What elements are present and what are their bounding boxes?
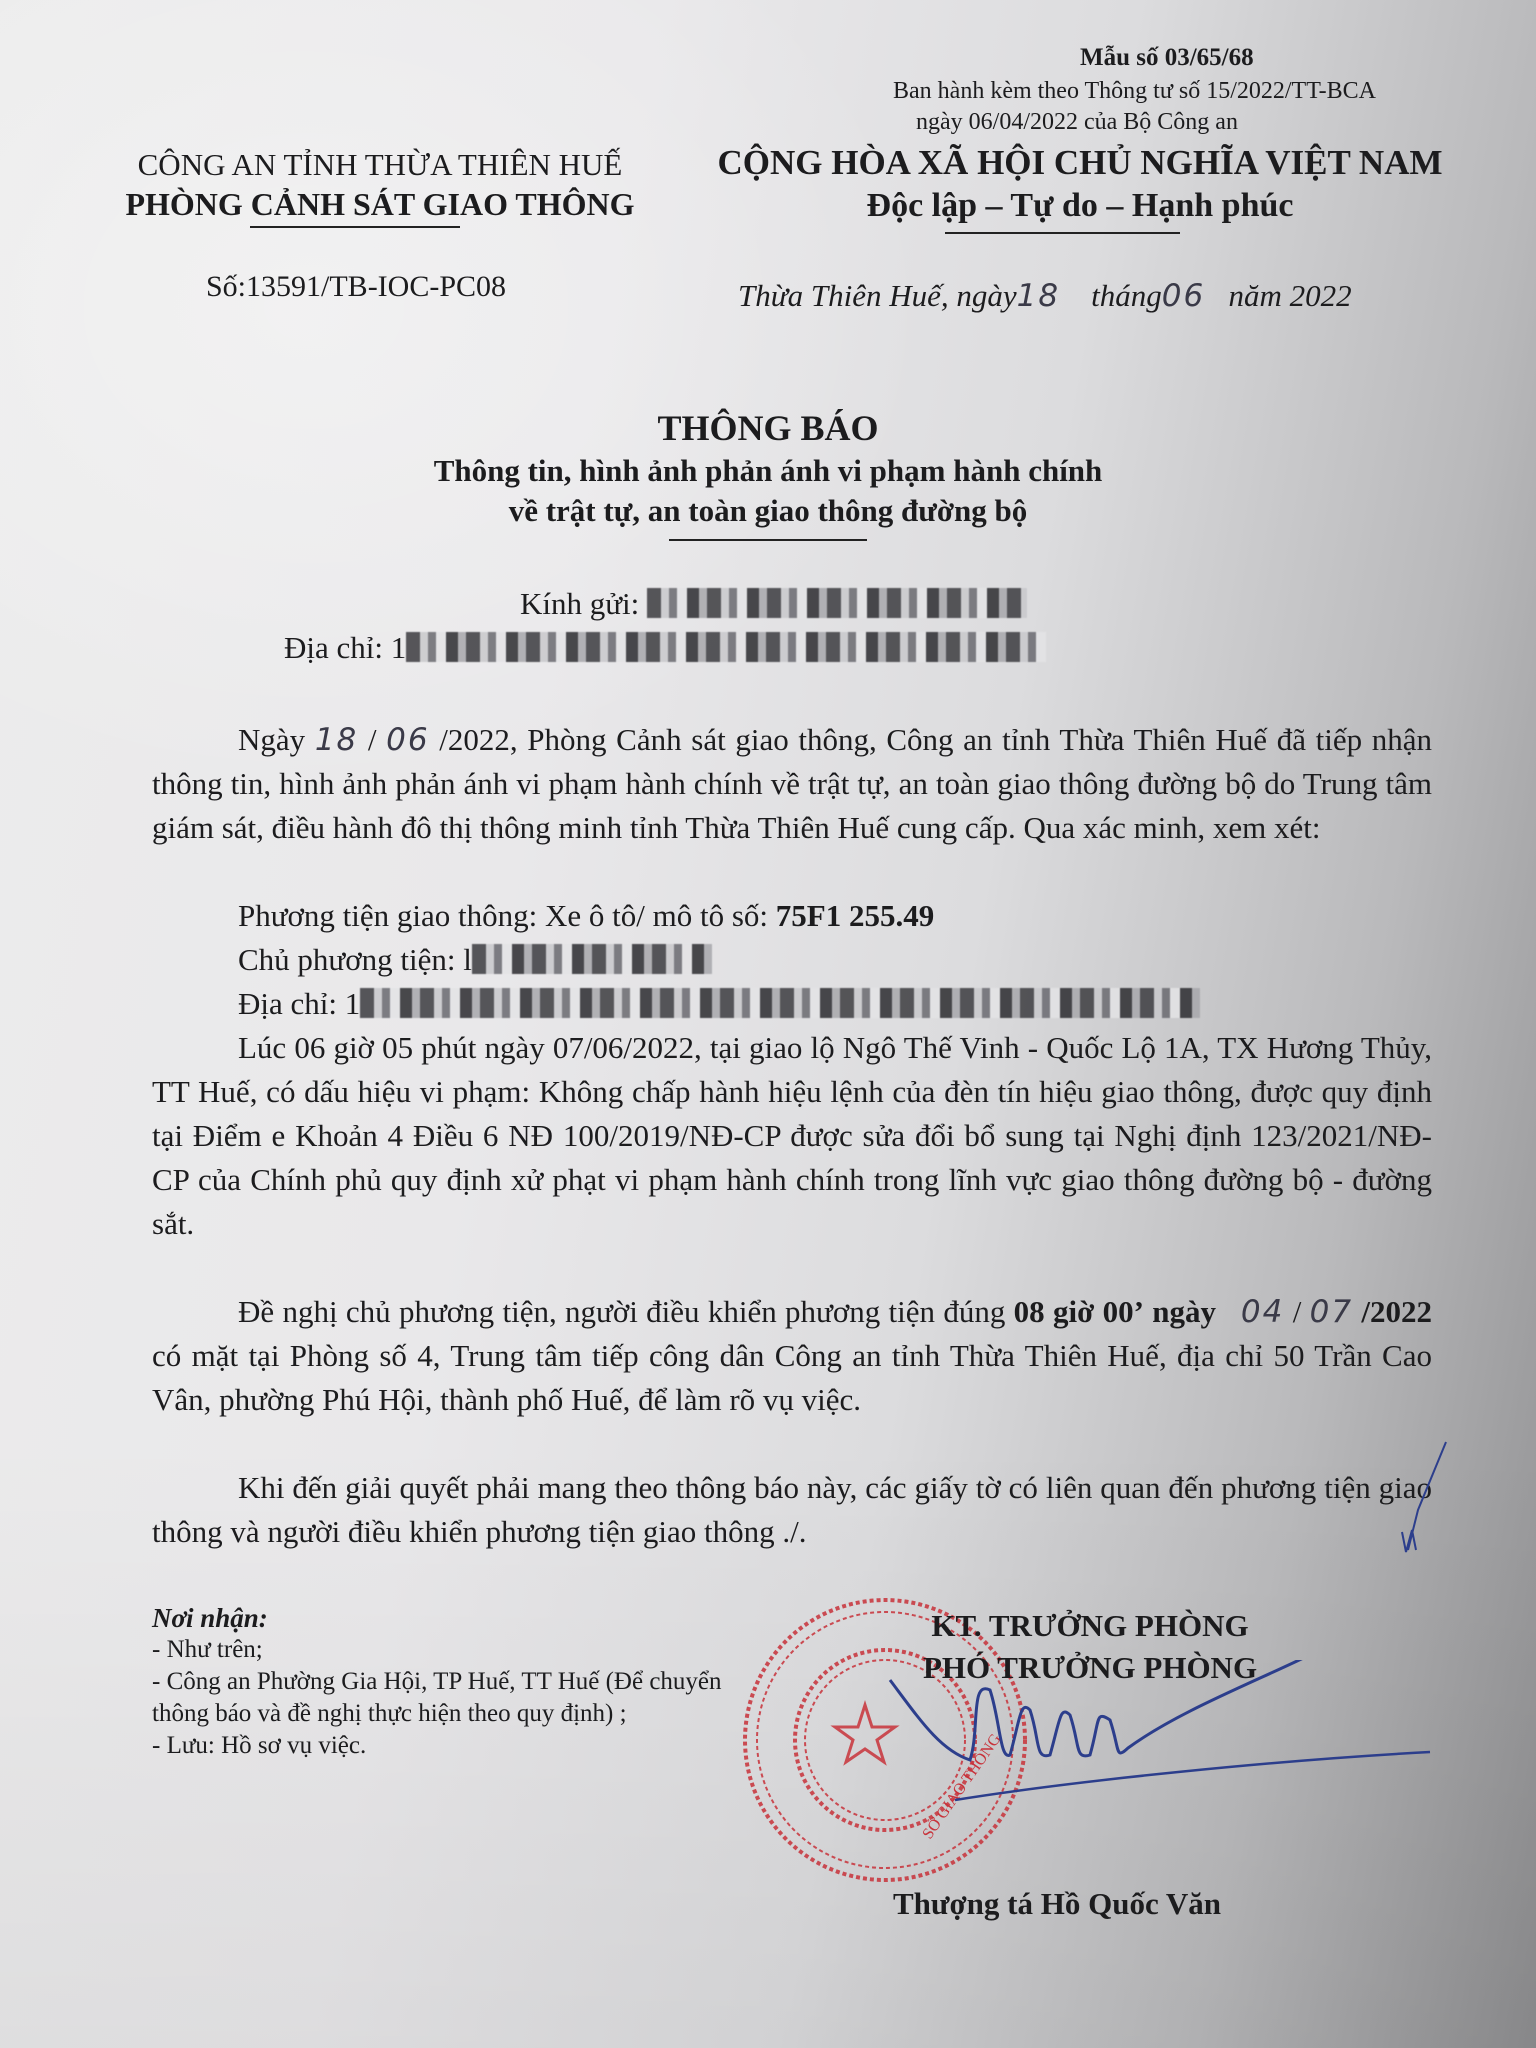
- owner-prefix: l: [463, 942, 472, 977]
- issuing-agency: CÔNG AN TỈNH THỪA THIÊN HUẾ PHÒNG CẢNH S…: [100, 146, 660, 224]
- recipient-address-prefix: 1: [391, 630, 407, 665]
- title-sub1: Thông tin, hình ảnh phản ánh vi phạm hàn…: [0, 451, 1536, 491]
- redacted-recipient-address: [406, 632, 1046, 662]
- owner-label: Chủ phương tiện:: [238, 942, 455, 977]
- form-issued-line1: Ban hành kèm theo Thông tư số 15/2022/TT…: [893, 78, 1376, 105]
- p3-text2: có mặt tại Phòng số 4, Trung tâm tiếp cô…: [152, 1338, 1432, 1417]
- p3-time: 08 giờ 00’: [1014, 1294, 1144, 1329]
- form-issued-line2: ngày 06/04/2022 của Bộ Công an: [916, 109, 1238, 136]
- owner-address-line: Địa chỉ: 1: [238, 982, 1200, 1026]
- recipient-label: Kính gửi:: [520, 586, 639, 621]
- title-main: THÔNG BÁO: [0, 405, 1536, 451]
- recipient-item: - Như trên;: [152, 1634, 752, 1666]
- place-prefix: Thừa Thiên Huế, ngày: [738, 278, 1017, 313]
- handwritten-check-icon: [1388, 1440, 1448, 1560]
- month-label: tháng: [1091, 278, 1162, 313]
- paragraph-summons: Đề nghị chủ phương tiện, người điều khiể…: [152, 1290, 1432, 1422]
- recipients-heading: Nơi nhận:: [152, 1602, 752, 1634]
- redacted-owner-address: [360, 988, 1200, 1018]
- handwritten-day: 18: [1017, 278, 1060, 314]
- handwritten-signature-icon: [880, 1660, 1440, 1810]
- owner-address-prefix: 1: [345, 986, 361, 1021]
- national-motto: CỘNG HÒA XÃ HỘI CHỦ NGHĨA VIỆT NAM Độc l…: [700, 142, 1460, 228]
- document-title: THÔNG BÁO Thông tin, hình ảnh phản ánh v…: [0, 405, 1536, 541]
- motto: Độc lập – Tự do – Hạnh phúc: [700, 184, 1460, 228]
- p1-handwritten-day: 18: [315, 722, 358, 758]
- title-underline: [669, 539, 867, 541]
- recipient-item: - Lưu: Hồ sơ vụ việc.: [152, 1730, 752, 1762]
- p3-handwritten-day: 04: [1241, 1294, 1284, 1330]
- p1-handwritten-month: 06: [386, 722, 429, 758]
- recipient-line: Kính gửi:: [520, 586, 1027, 622]
- recipient-address-label: Địa chỉ:: [284, 630, 383, 665]
- vehicle-line: Phương tiện giao thông: Xe ô tô/ mô tô s…: [238, 894, 934, 938]
- recipient-address-line: Địa chỉ: 1: [284, 630, 1046, 666]
- p3-text1: Đề nghị chủ phương tiện, người điều khiể…: [238, 1294, 1005, 1329]
- motto-underline: [945, 232, 1180, 234]
- handwritten-month: 06: [1162, 278, 1205, 314]
- agency-underline: [250, 226, 460, 228]
- document-number: Số:13591/TB-IOC-PC08: [206, 270, 506, 304]
- p1-prefix: Ngày: [238, 722, 305, 757]
- p4-text: Khi đến giải quyết phải mang theo thông …: [152, 1470, 1432, 1549]
- agency-department: PHÒNG CẢNH SÁT GIAO THÔNG: [100, 184, 660, 224]
- form-number: Mẫu số 03/65/68: [1080, 44, 1254, 72]
- redacted-owner-name: [472, 944, 712, 974]
- p3-year: /2022: [1361, 1294, 1432, 1329]
- vehicle-plate: 75F1 255.49: [776, 898, 934, 933]
- nation-name: CỘNG HÒA XÃ HỘI CHỦ NGHĨA VIỆT NAM: [700, 142, 1460, 184]
- redacted-recipient-name: [647, 588, 1027, 618]
- recipients-block: Nơi nhận: - Như trên; - Công an Phường G…: [152, 1602, 752, 1762]
- owner-address-label: Địa chỉ:: [238, 986, 337, 1021]
- paragraph-instructions: Khi đến giải quyết phải mang theo thông …: [152, 1466, 1432, 1554]
- owner-line: Chủ phương tiện: l: [238, 938, 712, 982]
- place-date: Thừa Thiên Huế, ngày18 tháng06 năm 2022: [738, 278, 1352, 314]
- paragraph-violation: Lúc 06 giờ 05 phút ngày 07/06/2022, tại …: [152, 1026, 1432, 1246]
- signer-name: Thượng tá Hồ Quốc Văn: [893, 1886, 1221, 1922]
- paragraph-received: Ngày 18 / 06 /2022, Phòng Cảnh sát giao …: [152, 718, 1432, 850]
- p2-text: Lúc 06 giờ 05 phút ngày 07/06/2022, tại …: [152, 1030, 1432, 1241]
- sign-title1: KT. TRƯỞNG PHÒNG: [760, 1605, 1420, 1647]
- year-text: năm 2022: [1228, 278, 1351, 313]
- title-sub2: về trật tự, an toàn giao thông đường bộ: [0, 491, 1536, 531]
- recipient-item: - Công an Phường Gia Hội, TP Huế, TT Huế…: [152, 1666, 752, 1730]
- agency-parent: CÔNG AN TỈNH THỪA THIÊN HUẾ: [100, 146, 660, 184]
- vehicle-label: Phương tiện giao thông: Xe ô tô/ mô tô s…: [238, 898, 768, 933]
- p3-ngay: ngày: [1152, 1294, 1216, 1329]
- p3-handwritten-month: 07: [1310, 1294, 1353, 1330]
